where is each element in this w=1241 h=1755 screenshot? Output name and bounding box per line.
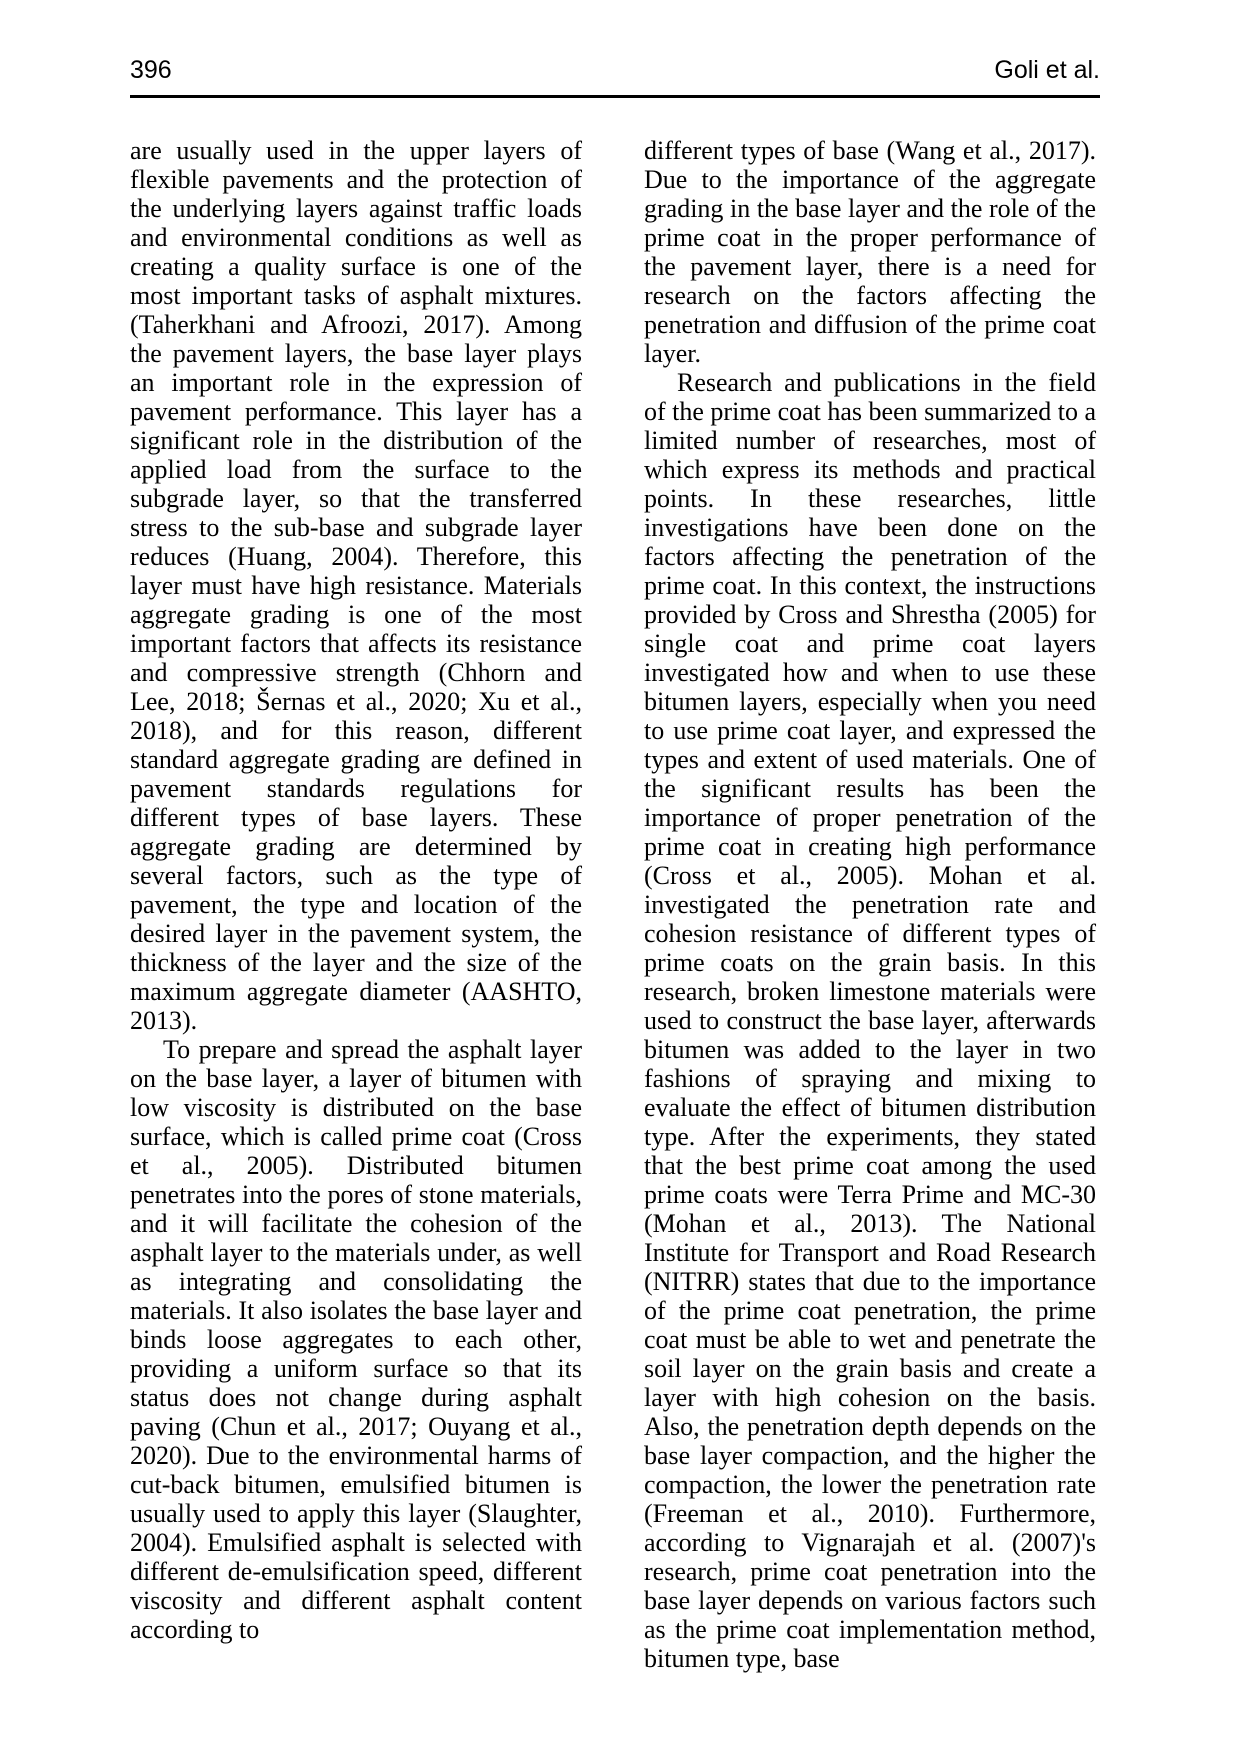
running-head: Goli et al. [994,56,1100,84]
paper-page: 396 Goli et al. are usually used in the … [0,0,1241,1755]
page-header: 396 Goli et al. [130,56,1100,98]
body-paragraph: To prepare and spread the asphalt layer … [130,1035,582,1644]
body-paragraph: Research and publications in the field o… [644,368,1096,1673]
two-column-body: are usually used in the upper layers of … [130,136,1096,1673]
right-column: different types of base (Wang et al., 20… [644,136,1096,1673]
left-column: are usually used in the upper layers of … [130,136,582,1673]
page-number: 396 [130,56,172,84]
body-paragraph: different types of base (Wang et al., 20… [644,136,1096,368]
body-paragraph: are usually used in the upper layers of … [130,136,582,1035]
